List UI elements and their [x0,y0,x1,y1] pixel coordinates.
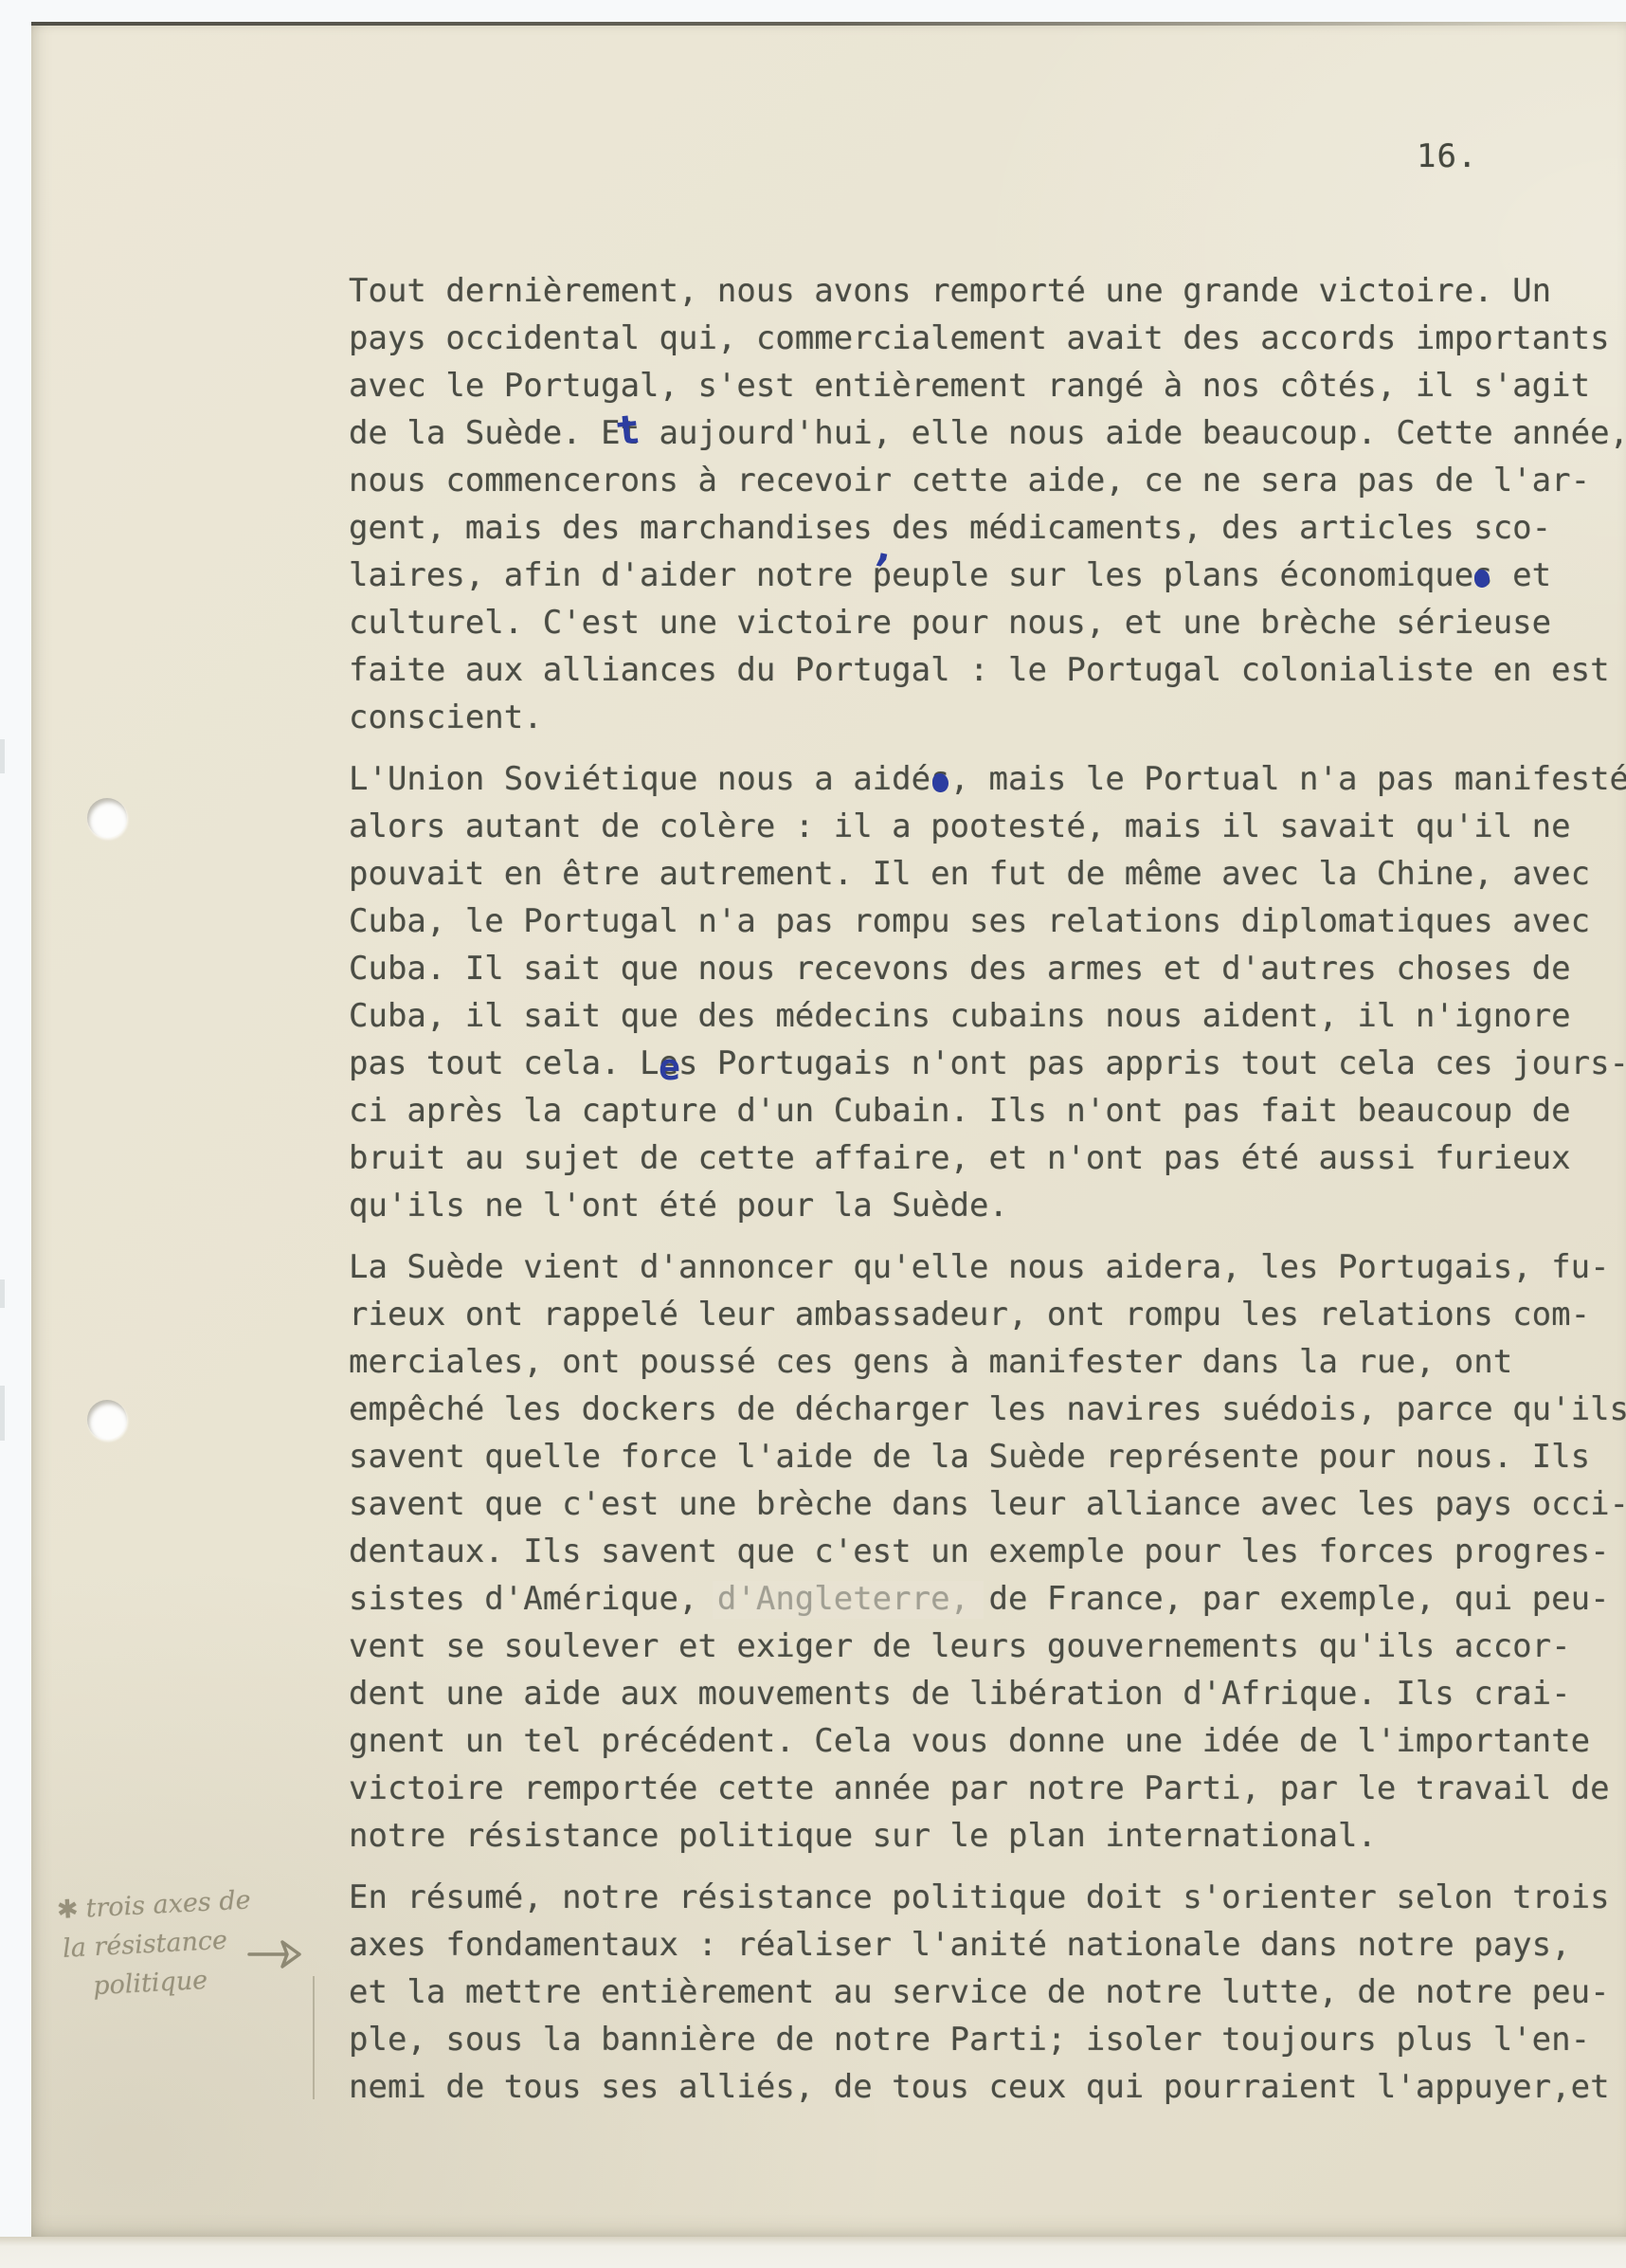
typed-line: savent quelle force l'aide de la Suède r… [349,1433,1624,1480]
typed-line: Cuba, le Portugal n'a pas rompu ses rela… [349,898,1624,945]
typed-line: pouvait en être autrement. Il en fut de … [349,850,1624,898]
page-number: 16. [1417,137,1477,175]
paragraph-2: L'Union Soviétique nous a aidés, mais le… [349,755,1624,1229]
typed-line: La Suède vient d'annoncer qu'elle nous a… [349,1243,1624,1291]
typed-line: et la mettre entièrement au service de n… [349,1969,1624,2016]
ink-correction-glyph: e [659,1049,680,1085]
typed-line: qu'ils ne l'ont été pour la Suède. [349,1182,1624,1229]
ink-correction-glyph: t [614,409,642,451]
paragraph-3: La Suède vient d'annoncer qu'elle nous a… [349,1243,1624,1860]
scanned-page: 16. Tout dernièrement, nous avons rempor… [0,0,1626,2268]
typed-line: empêché les dockers de décharger les nav… [349,1386,1624,1433]
ink-correction-blob [1474,570,1490,588]
typed-line: dent une aide aux mouvements de libérati… [349,1670,1624,1717]
typed-line: Cuba, il sait que des médecins cubains n… [349,992,1624,1040]
typed-line: En résumé, notre résistance politique do… [349,1874,1624,1921]
typed-line: pas tout cela. Les Portugais n'ont pas a… [349,1040,1624,1087]
margin-note-text: trois axes de [85,1885,251,1923]
typed-line: nemi de tous ses alliés, de tous ceux qu… [349,2063,1624,2111]
typed-line: nous commencerons à recevoir cette aide,… [349,457,1624,504]
asterisk-marker: ✱ [56,1895,79,1925]
scan-edge-artifact [0,1279,5,1308]
paper-top-edge [31,22,1626,26]
typed-line: L'Union Soviétique nous a aidés, mais le… [349,755,1624,803]
page-bottom-edge [0,2237,1626,2268]
typed-line: savent que c'est une brèche dans leur al… [349,1480,1624,1528]
typed-line: gnent un tel précédent. Cela vous donne … [349,1717,1624,1765]
typed-line: notre résistance politique sur le plan i… [349,1812,1624,1860]
ink-correction-blob [932,773,948,792]
typed-line: sistes d'Amérique, d'Angleterre, de Fran… [349,1575,1624,1623]
typed-line: axes fondamentaux : réaliser l'anité nat… [349,1921,1624,1969]
typed-line: conscient. [349,694,1624,741]
typed-line: faite aux alliances du Portugal : le Por… [349,646,1624,694]
punch-hole-bottom [87,1400,127,1440]
typed-line: gent, mais des marchandises des médicame… [349,504,1624,552]
typed-line: merciales, ont poussé ces gens à manifes… [349,1338,1624,1386]
scan-edge-artifact [0,739,5,773]
typed-line: laires, afin d'aider notre peuple sur le… [349,552,1624,599]
typed-line: culturel. C'est une victoire pour nous, … [349,599,1624,646]
typed-line: rieux ont rappelé leur ambassadeur, ont … [349,1291,1624,1338]
typed-line: de la Suède. Et aujourd'hui, elle nous a… [349,409,1624,457]
typed-line: dentaux. Ils savent que c'est un exemple… [349,1528,1624,1575]
typed-line: bruit au sujet de cette affaire, et n'on… [349,1134,1624,1182]
scan-edge-artifact [0,1386,5,1441]
typed-line: alors autant de colère : il a pootesté, … [349,803,1624,850]
typed-line: vent se soulever et exiger de leurs gouv… [349,1623,1624,1670]
typed-line: victoire remportée cette année par notre… [349,1765,1624,1812]
punch-hole-top [87,798,127,838]
typed-line: ci après la capture d'un Cubain. Ils n'o… [349,1087,1624,1134]
paragraph-1: Tout dernièrement, nous avons remporté u… [349,267,1624,741]
faded-text-patch [713,1581,984,1619]
right-arrow-icon [246,1935,305,1973]
typed-text-block: Tout dernièrement, nous avons remporté u… [349,267,1624,2125]
typed-line: avec le Portugal, s'est entièrement rang… [349,362,1624,409]
typed-line: Tout dernièrement, nous avons remporté u… [349,267,1624,315]
typed-line: ple, sous la bannière de notre Parti; is… [349,2016,1624,2063]
typed-line: Cuba. Il sait que nous recevons des arme… [349,945,1624,992]
typed-line: pays occidental qui, commercialement ava… [349,315,1624,362]
pencil-margin-line [313,1976,315,2099]
paragraph-4: En résumé, notre résistance politique do… [349,1874,1624,2111]
